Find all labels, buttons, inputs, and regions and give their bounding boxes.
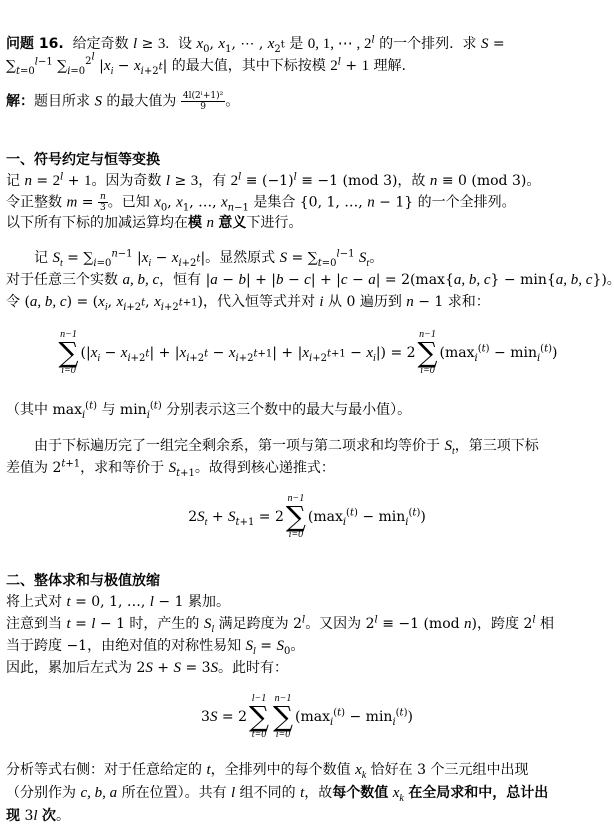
s2-final-line-2: （分别作为 c, b, a 所在位置）。共有 l 组不同的 t，故每个数值 xk…: [6, 783, 548, 803]
equation-2: 2St + St+1 = 2n−1∑i=0(maxi(t) − mini(t)): [6, 494, 608, 540]
section-1-heading: 一、符号约定与恒等变换: [6, 150, 160, 170]
s1-note: （其中 maxi(t) 与 mini(t) 分别表示这三个数中的最大与最小值）。: [6, 400, 411, 420]
problem-line-1: 问题 16. 给定奇数 l ≥ 3. 设 x0, x1, ⋯ , x2t 是 0…: [6, 34, 505, 54]
s1-para3-line-2: 差值为 2t+1，求和等价于 St+1。故得到核心递推式：: [6, 458, 335, 478]
s1-line-3: 以下所有下标的加减运算均在模 n 意义下进行。: [6, 213, 302, 233]
problem-label: 问题 16.: [6, 36, 64, 52]
answer-fraction: 4l(2ˡ+1)² 9: [181, 91, 225, 112]
s2-line-3: 当于跨度 −1，由绝对值的对称性易知 Sl = S0。: [6, 636, 304, 656]
s1-para2-line-1: 记 St = ∑i=0n−1 |xi − xi+2t|。显然原式 S = ∑t=…: [6, 248, 383, 268]
s2-line-1: 将上式对 t = 0, 1, …, l − 1 累加。: [6, 592, 230, 612]
s1-para2-line-3: 令 (a, b, c) = (xi, xi+2t, xi+2t+1)，代入恒等式…: [6, 292, 490, 312]
answer-line: 解：题目所求 S 的最大值为 4l(2ˡ+1)² 9 。: [6, 91, 239, 112]
section-2-heading: 二、整体求和与极值放缩: [6, 571, 160, 591]
s2-line-2: 注意到当 t = l − 1 时，产生的 Sl 满足跨度为 2l。又因为 2l …: [6, 614, 554, 634]
s2-final-line-1: 分析等式右侧：对于任意给定的 t，全排列中的每个数值 xk 恰好在 3 个三元组…: [6, 760, 528, 780]
s2-final-line-3: 现 3l 次。: [6, 806, 70, 826]
answer-label: 解：: [6, 94, 34, 110]
s1-line-2: 令正整数 m = n3。已知 x0, x1, …, xn−1 是集合 {0, 1…: [6, 192, 516, 213]
problem-line-2: ∑t=0l−1 ∑i=02l |xi − xi+2t| 的最大值，其中下标按模 …: [6, 56, 406, 76]
s1-para2-line-2: 对于任意三个实数 a, b, c，恒有 |a − b| + |b − c| + …: [6, 270, 614, 290]
s2-line-4: 因此，累加后左式为 2S + S = 3S。此时有：: [6, 658, 288, 678]
s1-para3-line-1: 由于下标遍历完了一组完全剩余系，第一项与第二项求和均等价于 St，第三项下标: [6, 436, 539, 456]
s1-line-1: 记 n = 2l + 1。因为奇数 l ≥ 3，有 2l ≡ (−1)l ≡ −…: [6, 171, 540, 191]
equation-3: 3S = 2l−1∑t=0n−1∑i=0(maxi(t) − mini(t)): [6, 694, 608, 740]
equation-1: n−1∑i=0(|xi − xi+2t| + |xi+2t − xi+2t+1|…: [6, 330, 608, 376]
